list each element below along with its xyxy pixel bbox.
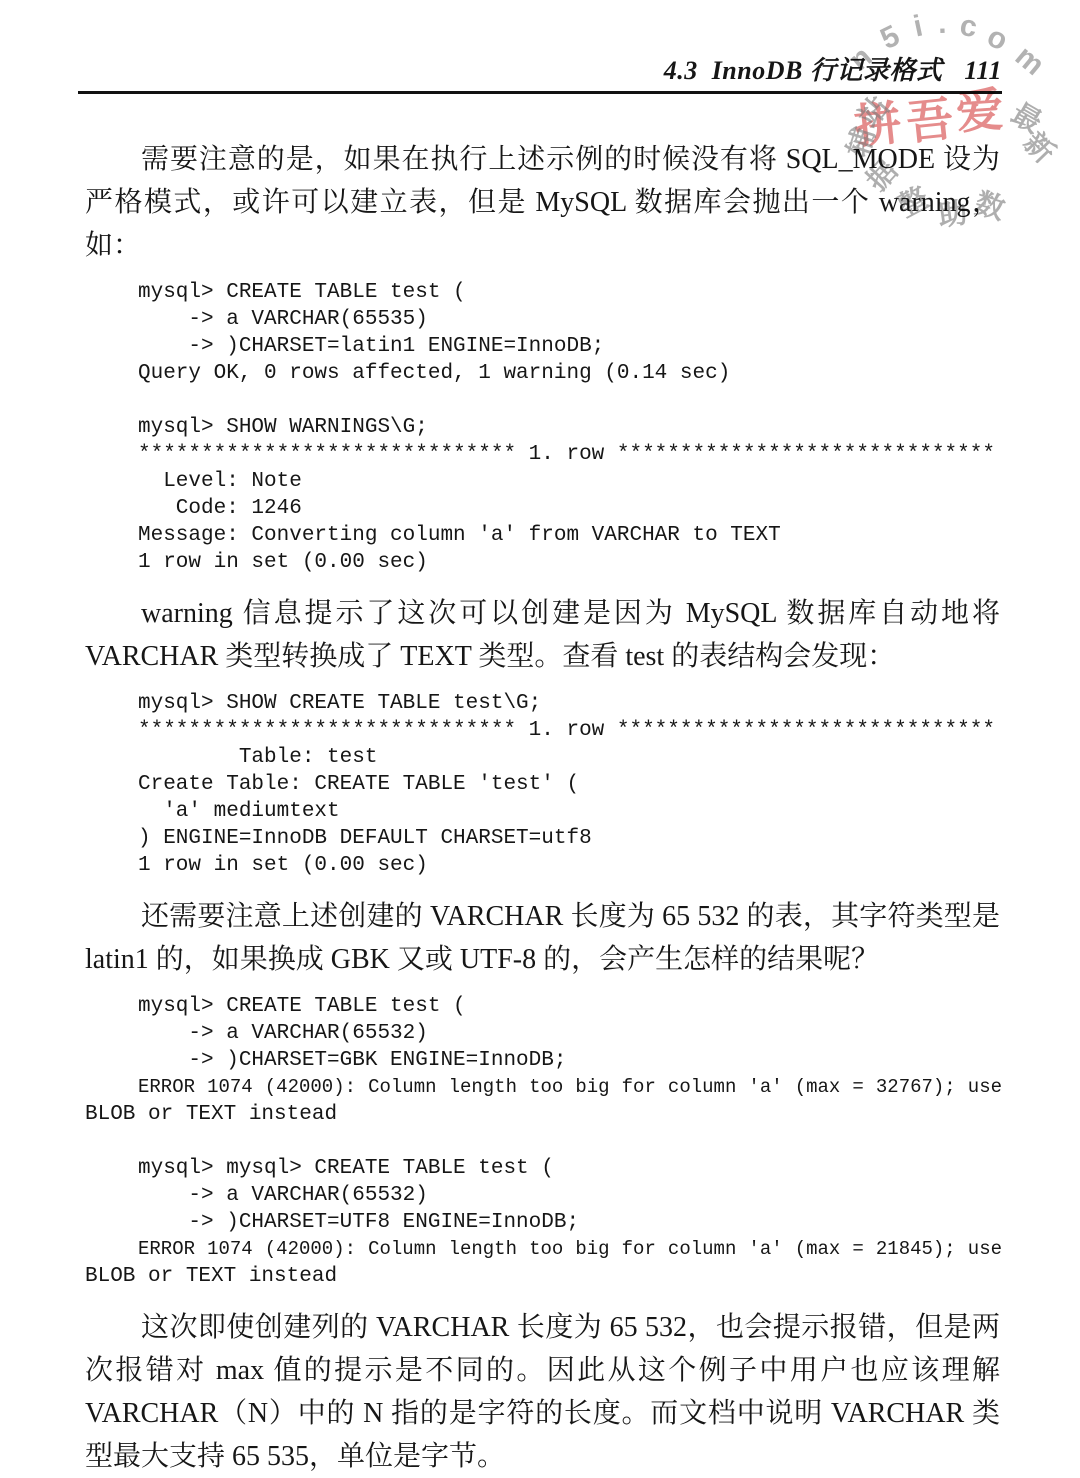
terminal-code-block: mysql> CREATE TABLE test ( -> a VARCHAR(… [138, 993, 1000, 1128]
code-line: -> )CHARSET=latin1 ENGINE=InnoDB; [138, 333, 1000, 360]
code-line: -> a VARCHAR(65532) [138, 1020, 1000, 1047]
code-line: ) ENGINE=InnoDB DEFAULT CHARSET=utf8 [138, 825, 1000, 852]
code-line: Query OK, 0 rows affected, 1 warning (0.… [138, 360, 1000, 387]
code-line: mysql> SHOW WARNINGS\G; [138, 414, 1000, 441]
header-rule [78, 91, 1002, 94]
paragraph: warning 信息提示了这次可以创建是因为 MySQL 数据库自动地将 VAR… [85, 592, 1000, 678]
code-line: mysql> SHOW CREATE TABLE test\G; [138, 690, 1000, 717]
page-content: 需要注意的是，如果在执行上述示例的时候没有将 SQL_MODE 设为严格模式，或… [85, 138, 1000, 1478]
chapter-title: InnoDB 行记录格式 [712, 56, 943, 85]
book-page: n5i.com拼吾爱站辅据整助数最新 4.3InnoDB 行记录格式111 需要… [0, 0, 1080, 1478]
code-line: ****************************** 1. row **… [138, 717, 1000, 744]
code-line: 1 row in set (0.00 sec) [138, 549, 1000, 576]
paragraph: 还需要注意上述创建的 VARCHAR 长度为 65 532 的表，其字符类型是 … [85, 895, 1000, 981]
code-line: -> a VARCHAR(65532) [138, 1182, 1000, 1209]
code-line: Message: Converting column 'a' from VARC… [138, 522, 1000, 549]
watermark-ring-character: 最 [1005, 91, 1051, 141]
code-line: -> a VARCHAR(65535) [138, 306, 1000, 333]
terminal-code-block: mysql> SHOW WARNINGS\G;*****************… [138, 414, 1000, 576]
paragraph: 这次即使创建列的 VARCHAR 长度为 65 532，也会提示报错，但是两次报… [85, 1306, 1000, 1478]
code-line: mysql> CREATE TABLE test ( [138, 993, 1000, 1020]
code-line: BLOB or TEXT instead [85, 1263, 1000, 1290]
code-line: ERROR 1074 (42000): Column length too bi… [138, 1074, 1002, 1101]
page-header: 4.3InnoDB 行记录格式111 [0, 0, 1080, 94]
code-line: -> )CHARSET=UTF8 ENGINE=InnoDB; [138, 1209, 1000, 1236]
code-line: mysql> mysql> CREATE TABLE test ( [138, 1155, 1000, 1182]
paragraph: 需要注意的是，如果在执行上述示例的时候没有将 SQL_MODE 设为严格模式，或… [85, 138, 1000, 267]
section-number: 4.3 [664, 56, 698, 85]
code-line: Code: 1246 [138, 495, 1000, 522]
page-number: 111 [964, 56, 1002, 85]
code-line: 'a' mediumtext [138, 798, 1000, 825]
terminal-code-block: mysql> CREATE TABLE test ( -> a VARCHAR(… [138, 279, 1000, 387]
code-line: Table: test [138, 744, 1000, 771]
terminal-code-block: mysql> mysql> CREATE TABLE test ( -> a V… [138, 1155, 1000, 1290]
watermark-ring-character: 新 [1016, 122, 1066, 171]
code-line: ****************************** 1. row **… [138, 441, 1000, 468]
code-line: Create Table: CREATE TABLE 'test' ( [138, 771, 1000, 798]
terminal-code-block: mysql> SHOW CREATE TABLE test\G;********… [138, 690, 1000, 879]
running-head: 4.3InnoDB 行记录格式111 [78, 56, 1002, 86]
code-line: -> )CHARSET=GBK ENGINE=InnoDB; [138, 1047, 1000, 1074]
code-line: mysql> CREATE TABLE test ( [138, 279, 1000, 306]
code-line: BLOB or TEXT instead [85, 1101, 1000, 1128]
code-line: ERROR 1074 (42000): Column length too bi… [138, 1236, 1002, 1263]
code-line: 1 row in set (0.00 sec) [138, 852, 1000, 879]
code-line: Level: Note [138, 468, 1000, 495]
